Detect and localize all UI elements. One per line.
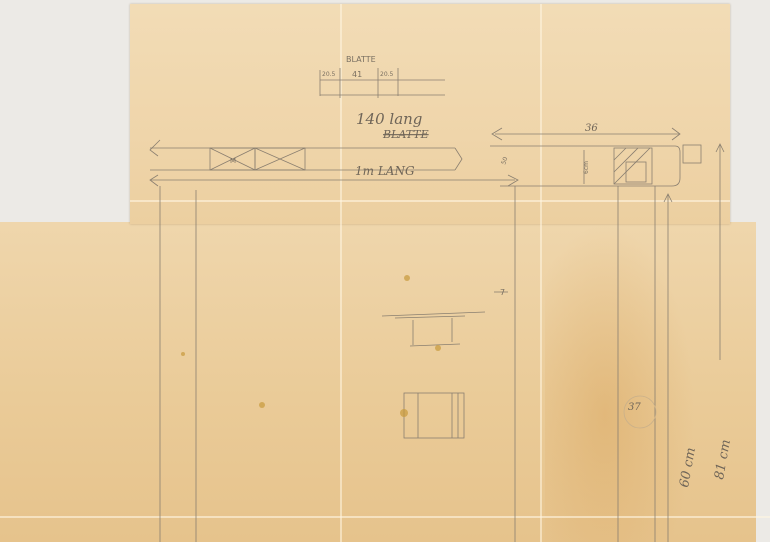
plate-dim-right: 20.5	[380, 71, 394, 78]
vertical-label-81cm: 81 cm	[712, 438, 734, 480]
leg-mark: 7	[500, 288, 505, 297]
plate-dim-left: 20.5	[322, 71, 336, 78]
vertical-label-60cm: 60 cm	[677, 446, 699, 488]
length-label-140: 140 lang	[356, 110, 422, 128]
pencil-drawing: BLATTE 20.5 41 20.5 140 lang BLATTE 1m L…	[0, 0, 770, 542]
plate-label: BLATTE	[346, 55, 376, 64]
plate-dim-middle: 41	[352, 70, 362, 79]
section-width: 36	[585, 123, 598, 134]
length-label-struck: BLATTE	[382, 128, 429, 141]
section-height: 6cm	[583, 161, 590, 174]
inner-block-label: M	[230, 157, 236, 165]
section-small-label: 50	[500, 156, 509, 166]
length-label-1m: 1m LANG	[355, 164, 415, 178]
right-dimension: 37	[628, 402, 641, 413]
